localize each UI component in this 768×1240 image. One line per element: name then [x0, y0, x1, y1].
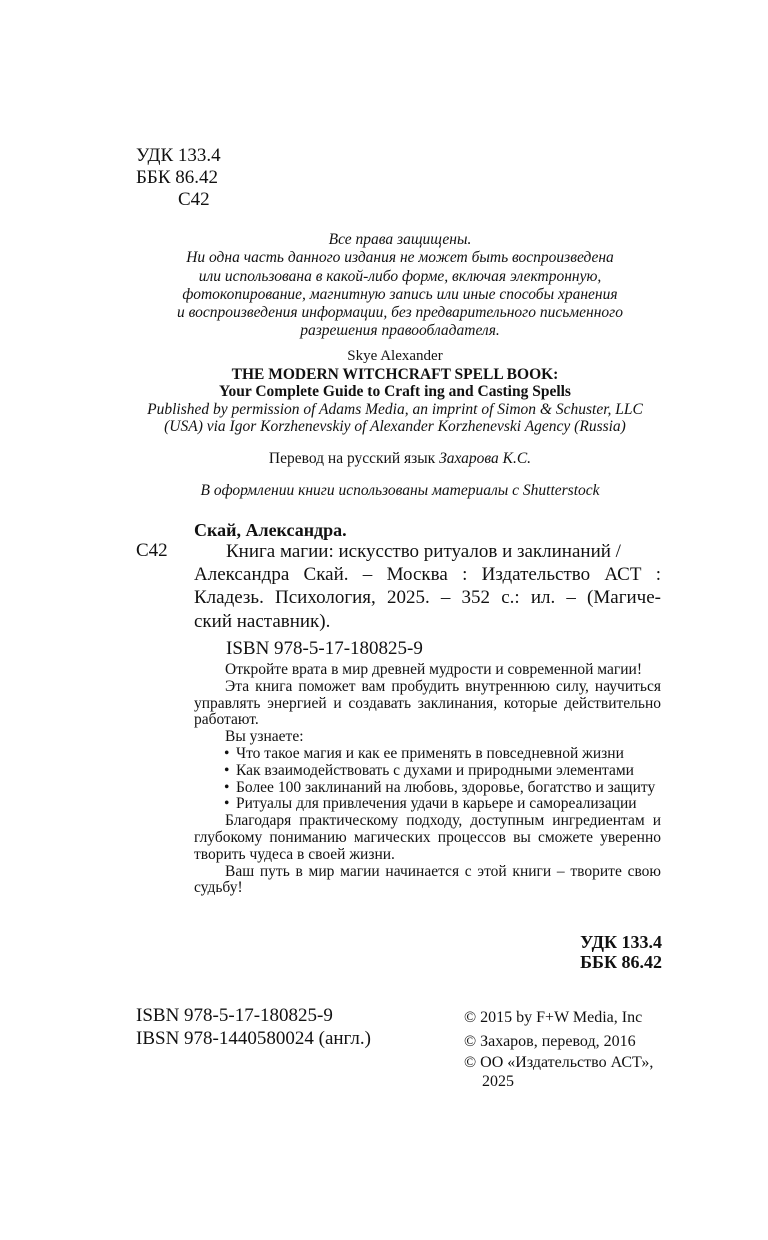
annotation-bullet-list: •Что такое магия и как ее применять в по… [194, 746, 661, 813]
annotation-paragraph: Эта книга поможет вам пробудить внутренн… [194, 679, 661, 729]
bbk-code: ББК 86.42 [480, 952, 662, 972]
rights-line: Все права защищены. [140, 231, 660, 249]
copyright-notices: © 2015 by F+W Media, Inc © Захаров, пере… [464, 1006, 653, 1091]
bullet-icon: • [224, 763, 236, 780]
copyright-line: © ОО «Издательство АСТ», [464, 1053, 653, 1072]
bullet-icon: • [224, 780, 236, 797]
isbn-russian: ISBN 978-5-17-180825-9 [136, 1004, 371, 1027]
udk-code: УДК 133.4 [480, 932, 662, 952]
annotation-paragraph: Откройте врата в мир древней мудрости и … [194, 662, 661, 679]
rights-line: фотокопирование, магнитную запись или ин… [140, 286, 660, 304]
translator-label: Перевод на русский язык [269, 450, 435, 467]
translator-credit: Перевод на русский язык Захарова К.С. [140, 450, 660, 468]
rights-line: Ни одна часть данного издания не может б… [140, 249, 660, 267]
annotation-paragraph: Благодаря практическому подходу, доступн… [194, 813, 661, 863]
isbn-list: ISBN 978-5-17-180825-9 IBSN 978-14405800… [136, 1004, 371, 1050]
classification-codes-bottom: УДК 133.4 ББК 86.42 [480, 932, 662, 972]
original-title: THE MODERN WITCHCRAFT SPELL BOOK: [130, 366, 660, 384]
permission-line: Published by permission of Adams Media, … [130, 401, 660, 419]
original-edition-info: Skye Alexander THE MODERN WITCHCRAFT SPE… [130, 348, 660, 436]
translator-name: Захарова К.С. [439, 450, 531, 467]
design-note: В оформлении книги использованы материал… [140, 482, 660, 500]
copyright-line: © Захаров, перевод, 2016 [464, 1030, 653, 1054]
rights-notice: Все права защищены. Ни одна часть данног… [140, 231, 660, 341]
bbk-code: ББК 86.42 [136, 167, 221, 189]
copyright-line-continuation: 2025 [464, 1072, 653, 1091]
copyright-line: © 2015 by F+W Media, Inc [464, 1006, 653, 1030]
original-author: Skye Alexander [130, 348, 660, 366]
rights-line: или использована в какой-либо форме, вкл… [140, 268, 660, 286]
catalog-line: ский наставник). [194, 610, 661, 633]
catalog-author-heading: Скай, Александра. [194, 520, 347, 541]
catalog-code: С42 [136, 540, 168, 562]
bullet-icon: • [224, 796, 236, 813]
list-item: •Ритуалы для привлечения удачи в карьере… [194, 796, 661, 813]
annotation-list-intro: Вы узнаете: [194, 729, 661, 746]
isbn-english: IBSN 978-1440580024 (англ.) [136, 1027, 371, 1050]
rights-line: и воспроизведения информации, без предва… [140, 304, 660, 322]
catalog-line: Кладезь. Психология, 2025. – 352 с.: ил.… [194, 586, 661, 609]
original-subtitle: Your Complete Guide to Craft ing and Cas… [130, 383, 660, 401]
permission-line: (USA) via Igor Korzhenevskiy of Alexande… [130, 418, 660, 436]
annotation-paragraph: Ваш путь в мир магии начинается с этой к… [194, 864, 661, 898]
classification-codes-top: УДК 133.4 ББК 86.42 С42 [136, 145, 221, 211]
list-item: •Что такое магия и как ее применять в по… [194, 746, 661, 763]
catalog-line: Александра Скай. – Москва : Издательство… [194, 563, 661, 586]
udk-code: УДК 133.4 [136, 145, 221, 167]
list-item: •Более 100 заклинаний на любовь, здоровь… [194, 780, 661, 797]
annotation: Откройте врата в мир древней мудрости и … [194, 662, 661, 897]
list-item: •Как взаимодействовать с духами и природ… [194, 763, 661, 780]
bullet-icon: • [224, 746, 236, 763]
author-sign: С42 [136, 189, 221, 211]
rights-line: разрешения правообладателя. [140, 322, 660, 340]
catalog-description: Книга магии: искусство ритуалов и заклин… [194, 540, 661, 633]
catalog-line: Книга магии: искусство ритуалов и заклин… [194, 540, 661, 563]
catalog-isbn: ISBN 978-5-17-180825-9 [226, 638, 423, 660]
